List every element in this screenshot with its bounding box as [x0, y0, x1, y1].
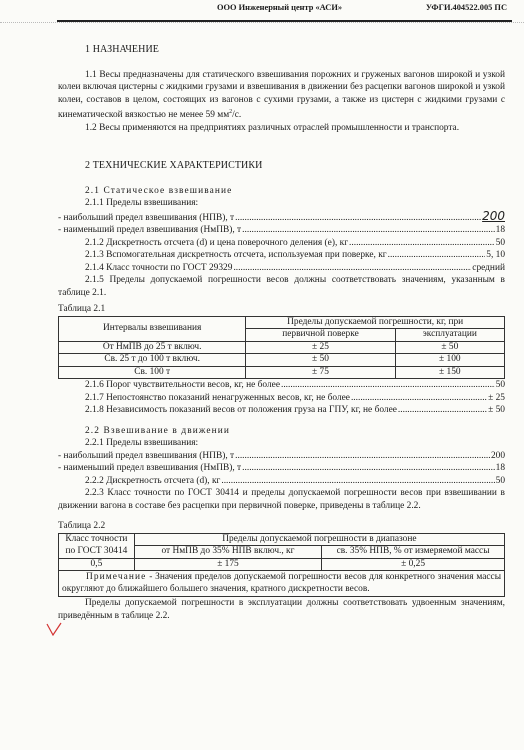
cell-interval: Св. 25 т до 100 т включ.	[59, 354, 246, 367]
motion-spec-list: - наибольший предел взвешивания (НПВ), т…	[58, 450, 505, 488]
spec-value: 200	[491, 450, 505, 463]
spec-row: - наименьший предел взвешивания (НмПВ), …	[58, 462, 505, 475]
spec-value: ± 50	[488, 404, 505, 417]
spec-row: 2.1.4 Класс точности по ГОСТ 29329средни…	[58, 262, 505, 275]
cell-first: ± 25	[246, 341, 395, 354]
cell-first: ± 50	[246, 354, 395, 367]
spec-row: 2.1.3 Вспомогательная дискретность отсче…	[58, 249, 505, 262]
page-header: ООО Инженерный центр «АСИ» УФГИ.404522.0…	[57, 0, 512, 22]
static-spec-list-after: 2.1.6 Порог чувствительности весов, кг, …	[58, 379, 505, 417]
scan-artifact-line	[0, 22, 524, 24]
spec-value: 50	[496, 237, 505, 250]
cell-class: 0,5	[59, 558, 135, 571]
header-low-range: от НмПВ до 35% НПВ включ., кг	[134, 546, 321, 559]
spec-label: 2.2.2 Дискретность отсчета (d), кг	[85, 475, 220, 488]
header-error-range: Пределы допускаемой погрешности в диапаз…	[134, 533, 504, 546]
table-row: Св. 25 т до 100 т включ.± 50± 100	[59, 354, 505, 367]
header-error-limits: Пределы допускаемой погрешности, кг, при	[246, 316, 505, 329]
table-row: 0,5 ± 175 ± 0,25	[59, 558, 505, 571]
spec-row: 2.1.7 Непостоянство показаний ненагружен…	[58, 392, 505, 405]
table-row: Св. 100 т± 75± 150	[59, 366, 505, 379]
subsection-2-2-title: 2.2 Взвешивание в движении	[58, 425, 505, 438]
spec-row: - наибольший предел взвешивания (НПВ), т…	[58, 450, 505, 463]
table-2-1: Интервалы взвешивания Пределы допускаемо…	[58, 316, 505, 380]
dot-leader	[349, 237, 495, 250]
document-code: УФГИ.404522.005 ПС	[426, 3, 507, 12]
dot-leader	[221, 475, 494, 488]
limits-title-2-2-1: 2.2.1 Пределы взвешивания:	[58, 437, 505, 450]
spec-value: ± 25	[488, 392, 505, 405]
dot-leader	[242, 462, 494, 475]
header-first-verification: первичной поверке	[246, 329, 395, 342]
header-interval: Интервалы взвешивания	[59, 316, 246, 341]
table-note: Примечание - Значения пределов допускаем…	[59, 571, 505, 597]
cell-first: ± 75	[246, 366, 395, 379]
paragraph-1-1: 1.1 Весы предназначены для статического …	[58, 69, 505, 122]
cell-exploit: ± 50	[395, 341, 504, 354]
spec-value: 5, 10	[486, 249, 505, 262]
static-spec-list: - наибольший предел взвешивания (НПВ), т…	[58, 210, 505, 275]
table-2-1-caption: Таблица 2.1	[58, 303, 505, 316]
paragraph-2-1-5: 2.1.5 Пределы допускаемой погрешности ве…	[58, 274, 505, 299]
section-1-title: 1 НАЗНАЧЕНИЕ	[85, 44, 505, 57]
spec-value: 18	[496, 462, 505, 475]
paragraph-1-2: 1.2 Весы применяются на предприятиях раз…	[58, 122, 505, 135]
cell-exploit: ± 100	[395, 354, 504, 367]
spec-label: 2.1.2 Дискретность отсчета (d) и цена по…	[85, 237, 348, 250]
spec-label: 2.1.6 Порог чувствительности весов, кг, …	[85, 379, 280, 392]
table-row: От НмПВ до 25 т включ.± 25± 50	[59, 341, 505, 354]
spec-label: - наименьший предел взвешивания (НмПВ), …	[58, 462, 241, 475]
spec-value: 18	[496, 224, 505, 237]
dot-leader	[351, 392, 487, 405]
dot-leader	[388, 249, 486, 262]
spec-label: 2.1.3 Вспомогательная дискретность отсче…	[85, 249, 387, 262]
table-2-2-caption: Таблица 2.2	[58, 520, 505, 533]
spec-row: 2.1.2 Дискретность отсчета (d) и цена по…	[58, 237, 505, 250]
dot-leader	[281, 379, 495, 392]
header-accuracy-class: Класс точности по ГОСТ 30414	[59, 533, 135, 558]
spec-row: - наименьший предел взвешивания (НмПВ), …	[58, 224, 505, 237]
dot-leader	[235, 212, 481, 225]
cell-exploit: ± 150	[395, 366, 504, 379]
spec-label: - наименьший предел взвешивания (НмПВ), …	[58, 224, 241, 237]
table-2-2: Класс точности по ГОСТ 30414 Пределы доп…	[58, 533, 505, 598]
closing-paragraph: Пределы допускаемой погрешности в эксплу…	[58, 597, 505, 622]
dot-leader	[242, 224, 494, 237]
spec-label: - наибольший предел взвешивания (НПВ), т	[58, 450, 234, 463]
spec-row: - наибольший предел взвешивания (НПВ), т…	[58, 210, 505, 225]
cell-low: ± 175	[134, 558, 321, 571]
limits-title-2-1-1: 2.1.1 Пределы взвешивания:	[58, 197, 505, 210]
cell-interval: От НмПВ до 25 т включ.	[59, 341, 246, 354]
dot-leader	[233, 262, 471, 275]
section-2-title: 2 ТЕХНИЧЕСКИЕ ХАРАКТЕРИСТИКИ	[85, 160, 505, 173]
header-exploitation: эксплуатации	[395, 329, 504, 342]
cell-high: ± 0,25	[322, 558, 505, 571]
header-high-range: св. 35% НПВ, % от измеряемой массы	[322, 546, 505, 559]
subsection-2-1-title: 2.1 Статическое взвешивание	[58, 185, 505, 198]
spec-label: - наибольший предел взвешивания (НПВ), т	[58, 212, 234, 225]
dot-leader	[235, 450, 490, 463]
organization-name: ООО Инженерный центр «АСИ»	[217, 3, 342, 12]
document-body: 1 НАЗНАЧЕНИЕ 1.1 Весы предназначены для …	[58, 34, 505, 622]
spec-label: 2.1.7 Непостоянство показаний ненагружен…	[85, 392, 350, 405]
spec-row: 2.1.6 Порог чувствительности весов, кг, …	[58, 379, 505, 392]
handwritten-check-icon	[46, 622, 62, 636]
spec-label: 2.1.8 Независимость показаний весов от п…	[85, 404, 397, 417]
spec-row: 2.2.2 Дискретность отсчета (d), кг50	[58, 475, 505, 488]
spec-row: 2.1.8 Независимость показаний весов от п…	[58, 404, 505, 417]
cell-interval: Св. 100 т	[59, 366, 246, 379]
spec-value: средний	[472, 262, 505, 275]
dot-leader	[398, 404, 487, 417]
spec-label: 2.1.4 Класс точности по ГОСТ 29329	[85, 262, 232, 275]
spec-value: 50	[496, 475, 505, 488]
paragraph-2-2-3: 2.2.3 Класс точности по ГОСТ 30414 и пре…	[58, 487, 505, 512]
spec-value: 200	[482, 210, 505, 223]
spec-value: 50	[496, 379, 505, 392]
note-label: Примечание	[62, 572, 146, 582]
